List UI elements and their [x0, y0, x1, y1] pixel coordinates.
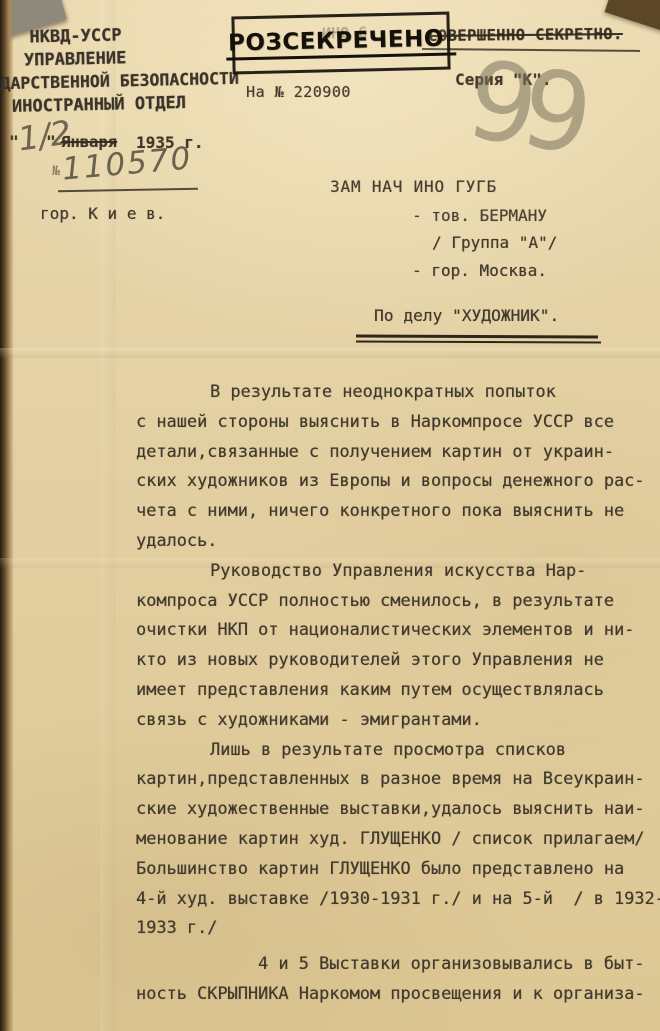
subject-underline	[356, 334, 598, 338]
typed-line: с нашей стороны выяснить в Наркомпросе У…	[136, 407, 660, 437]
letterhead-line: ДАРСТВЕННОЙ БЕЗОПАСНОСТИ	[0, 69, 239, 93]
typed-line: Большинство картин ГЛУЩЕНКО было предста…	[136, 854, 660, 884]
subject-underline	[356, 340, 601, 343]
typed-line: 4 и 5 Выставки организовывались в быт-	[136, 949, 660, 979]
letterhead-line: ИНОСТРАННЫЙ ОТДЕЛ	[12, 93, 186, 117]
declassified-stamp-text: РОЗСЕКРЕЧЕНО	[226, 25, 456, 60]
typed-line: чета с ними, ничего конкретного пока выя…	[136, 496, 660, 526]
pencil-page-number: 99	[460, 46, 585, 170]
crossed-out-classification: СОВЕРШЕННО СЕКРЕТНО.	[428, 25, 623, 45]
paper-crease	[0, 348, 660, 358]
typed-line: Руководство Управления искусства Нар-	[136, 556, 660, 586]
addressee-name: - тов. БЕРМАНУ	[412, 206, 547, 225]
typed-line: ность СКРЫПНИКА Наркомом просвещения и к…	[136, 979, 660, 1009]
addressee-city: - гор. Москва.	[412, 261, 547, 280]
document-page: НКВД-УССР УПРАВЛЕНИЕ ДАРСТВЕННОЙ БЕЗОПАС…	[0, 0, 660, 1031]
typed-line: детали,связанные с получением картин от …	[136, 437, 660, 467]
paragraph: Лишь в результате просмотра списковкарти…	[136, 735, 660, 944]
paragraph: В результате неоднократных попытокс наше…	[136, 377, 660, 556]
typed-line: связь с художниками - эмигрантами.	[136, 705, 660, 735]
typed-line: удалось.	[136, 526, 660, 556]
document-body: В результате неоднократных попытокс наше…	[136, 377, 660, 1009]
typed-line: имеет представления каким путем осуществ…	[136, 675, 660, 705]
paragraph: Руководство Управления искусства Нар-ком…	[136, 556, 660, 735]
typed-line: В результате неоднократных попыток	[136, 377, 660, 407]
paragraph: 4 и 5 Выставки организовывались в быт-но…	[136, 949, 660, 1009]
addressee-group: / Группа "А"/	[432, 233, 557, 252]
declassified-stamp: РОЗСЕКРЕЧЕНО	[231, 12, 450, 75]
typed-line: ских художников из Европы и вопросы дене…	[136, 466, 660, 496]
number-symbol: №	[52, 164, 60, 179]
scan-edge-left	[0, 0, 14, 1031]
doc-number-underline	[58, 188, 198, 193]
letterhead-line: УПРАВЛЕНИЕ	[24, 48, 127, 70]
typed-line: очистки НКП от националистических элемен…	[136, 615, 660, 645]
subject-line: По делу "ХУДОЖНИК".	[374, 306, 559, 325]
typed-line: менование картин худ. ГЛУЩЕНКО / список …	[136, 824, 660, 854]
typed-line: картин,представленных в разное время на …	[136, 764, 660, 794]
typed-line: 1933 г./	[136, 913, 660, 943]
letterhead-line: НКВД-УССР	[29, 25, 122, 47]
addressee-position: ЗАМ НАЧ ИНО ГУГБ	[330, 177, 497, 196]
typed-line: 4-й худ. выставке /1930-1931 г./ и на 5-…	[136, 884, 660, 914]
typed-line: кто из новых руководителей этого Управле…	[136, 645, 660, 675]
typed-line: ские художественные выставки,удалось выя…	[136, 794, 660, 824]
typed-line: компроса УССР полностью сменилось, в рез…	[136, 586, 660, 616]
origin-city: гор. К и е в.	[40, 204, 165, 223]
typed-line: Лишь в результате просмотра списков	[136, 735, 660, 765]
date-close-quote: "	[46, 132, 56, 151]
reply-to-number: На № 220900	[246, 83, 351, 101]
